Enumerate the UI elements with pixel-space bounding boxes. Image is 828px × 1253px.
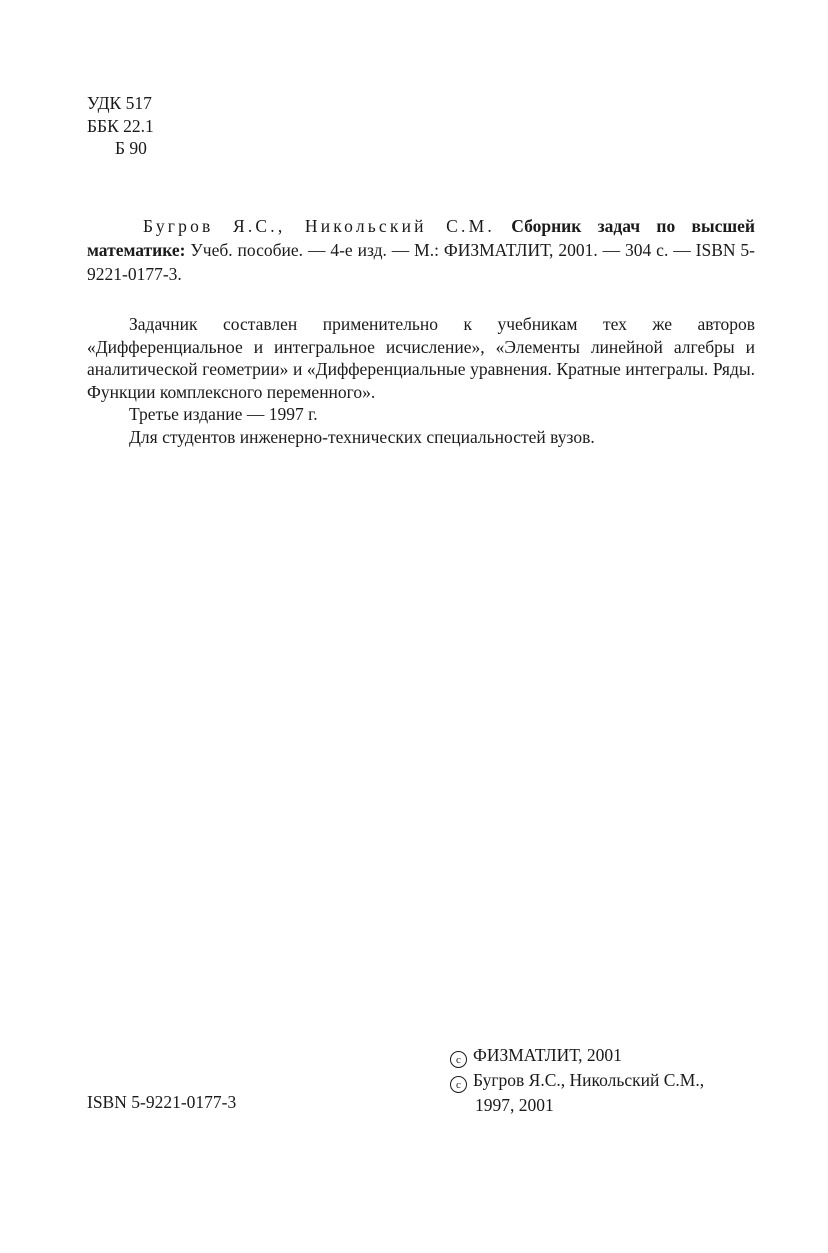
- classification-block: УДК 517 ББК 22.1 Б 90: [87, 92, 154, 160]
- copyright-publisher: ФИЗМАТЛИТ, 2001: [473, 1045, 622, 1065]
- copyright-icon: c: [450, 1051, 467, 1068]
- copyright-authors: Бугров Я.С., Никольский С.М.,: [473, 1070, 704, 1090]
- abstract-paragraph: Третье издание — 1997 г.: [87, 403, 755, 426]
- isbn: ISBN 5-9221-0177-3: [87, 1092, 236, 1113]
- authors: Бугров Я.С., Никольский С.М.: [143, 216, 495, 236]
- author-mark: Б 90: [87, 137, 154, 160]
- copyright-icon: c: [450, 1076, 467, 1093]
- publication-details: Учеб. пособие. — 4-е изд. — М.: ФИЗМАТЛИ…: [87, 240, 755, 284]
- abstract-paragraph: Для студентов инженерно-технических спец…: [87, 426, 755, 449]
- bbk-code: ББК 22.1: [87, 115, 154, 138]
- abstract-paragraph: Задачник составлен применительно к учебн…: [87, 313, 755, 403]
- copyright-block: cФИЗМАТЛИТ, 2001 cБугров Я.С., Никольски…: [450, 1043, 704, 1118]
- abstract: Задачник составлен применительно к учебн…: [87, 313, 755, 448]
- copyright-years: 1997, 2001: [450, 1093, 704, 1118]
- bibliographic-entry: Бугров Я.С., Никольский С.М. Сборник зад…: [87, 214, 755, 286]
- udk-code: УДК 517: [87, 92, 154, 115]
